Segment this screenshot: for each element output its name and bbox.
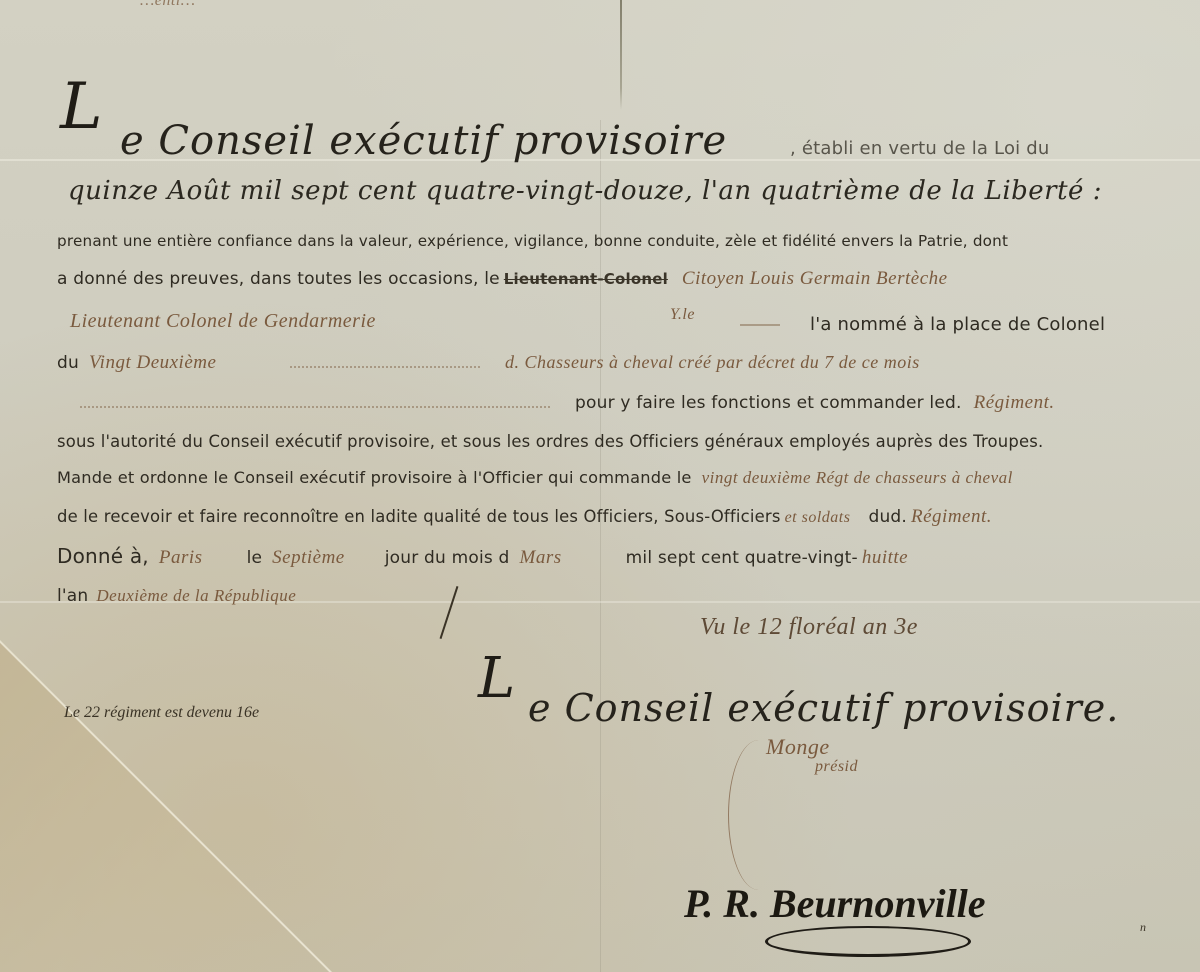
day-text: Septième <box>272 547 345 568</box>
body-line-5: pour y faire les fonctions et commander … <box>575 392 1055 414</box>
republic-year: Deuxième de la République <box>96 586 296 605</box>
heading-title: e Conseil exécutif provisoire <box>120 118 727 164</box>
body-line-10: l'an Deuxième de la République <box>57 586 296 606</box>
vu-annotation: Vu le 12 floréal an 3e <box>700 614 918 641</box>
body-line-7: Mande et ordonne le Conseil exécutif pro… <box>57 468 1013 488</box>
filler-line <box>740 314 780 326</box>
body-line-2: a donné des preuves, dans toutes les occ… <box>57 268 948 290</box>
regiment-word: Régiment. <box>974 392 1055 413</box>
struck-rank-text: Lieutenant-Colonel <box>504 270 668 288</box>
given-at-text: Donné à, <box>57 544 149 568</box>
body-line-7-printed: Mande et ordonne le Conseil exécutif pro… <box>57 468 692 487</box>
regiment-description: d. Chasseurs à cheval créé par décret du… <box>505 352 920 373</box>
signature-flourish <box>765 926 971 957</box>
closing-cap-letter: L <box>478 646 515 711</box>
regiment-number: Vingt Deuxième <box>89 352 216 373</box>
body-line-8-printed-b: dud. <box>868 507 907 527</box>
filler-squiggle-2 <box>80 396 550 408</box>
top-fragment-text: …enti… <box>140 0 195 10</box>
heading-cap-letter: L <box>60 70 103 144</box>
countersign-flourish <box>728 740 789 890</box>
previous-rank: Lieutenant Colonel de Gendarmerie <box>70 310 376 332</box>
heading-title-suffix: , établi en vertu de la Loi du <box>790 138 1050 159</box>
body-line-4: du Vingt Deuxième <box>57 352 216 374</box>
body-line-5-printed: pour y faire les fonctions et commander … <box>575 393 962 413</box>
month-name: Mars <box>520 547 562 568</box>
corner-mark: n <box>1140 920 1146 935</box>
date-line: quinze Août mil sept cent quatre-vingt-d… <box>68 176 1102 206</box>
an-text: l'an <box>57 586 88 606</box>
body-line-8-printed: de le recevoir et faire reconnoître en l… <box>57 507 781 526</box>
le-text: le <box>247 548 263 568</box>
closing-title: e Conseil exécutif provisoire. <box>528 686 1119 730</box>
margin-note: Le 22 régiment est devenu 16e <box>64 704 259 722</box>
body-line-3: Lieutenant Colonel de Gendarmerie <box>70 310 376 333</box>
countersign-name: Monge <box>766 734 830 760</box>
body-line-1: prenant une entière confiance dans la va… <box>57 232 1008 250</box>
body-line-9: Donné à, Paris le Septième jour du mois … <box>57 544 908 569</box>
signature-beurnonville: P. R. Beurnonville <box>684 880 986 927</box>
body-line-8: de le recevoir et faire reconnoître en l… <box>57 506 992 528</box>
body-line-4-printed: du <box>57 353 79 373</box>
filler-squiggle <box>290 356 480 368</box>
soldiers-text: et soldats <box>785 509 851 526</box>
year-handwritten: huitte <box>862 547 908 568</box>
body-line-3-printed: l'a nommé à la place de Colonel <box>810 314 1105 335</box>
appointee-name: Citoyen Louis Germain Bertèche <box>682 268 948 289</box>
year-printed: mil sept cent quatre-vingt- <box>626 548 858 568</box>
handwritten-mark: Y.le <box>670 306 695 324</box>
fold-crease-vertical <box>620 0 622 110</box>
place-name: Paris <box>159 547 203 568</box>
countersign-title: présid <box>815 758 858 776</box>
regiment-full-name: vingt deuxième Régt de chasseurs à cheva… <box>702 468 1013 487</box>
month-prefix-text: jour du mois d <box>385 548 510 568</box>
body-line-2-printed: a donné des preuves, dans toutes les occ… <box>57 269 500 289</box>
body-line-6: sous l'autorité du Conseil exécutif prov… <box>57 432 1043 451</box>
regiment-word-2: Régiment. <box>911 506 992 527</box>
